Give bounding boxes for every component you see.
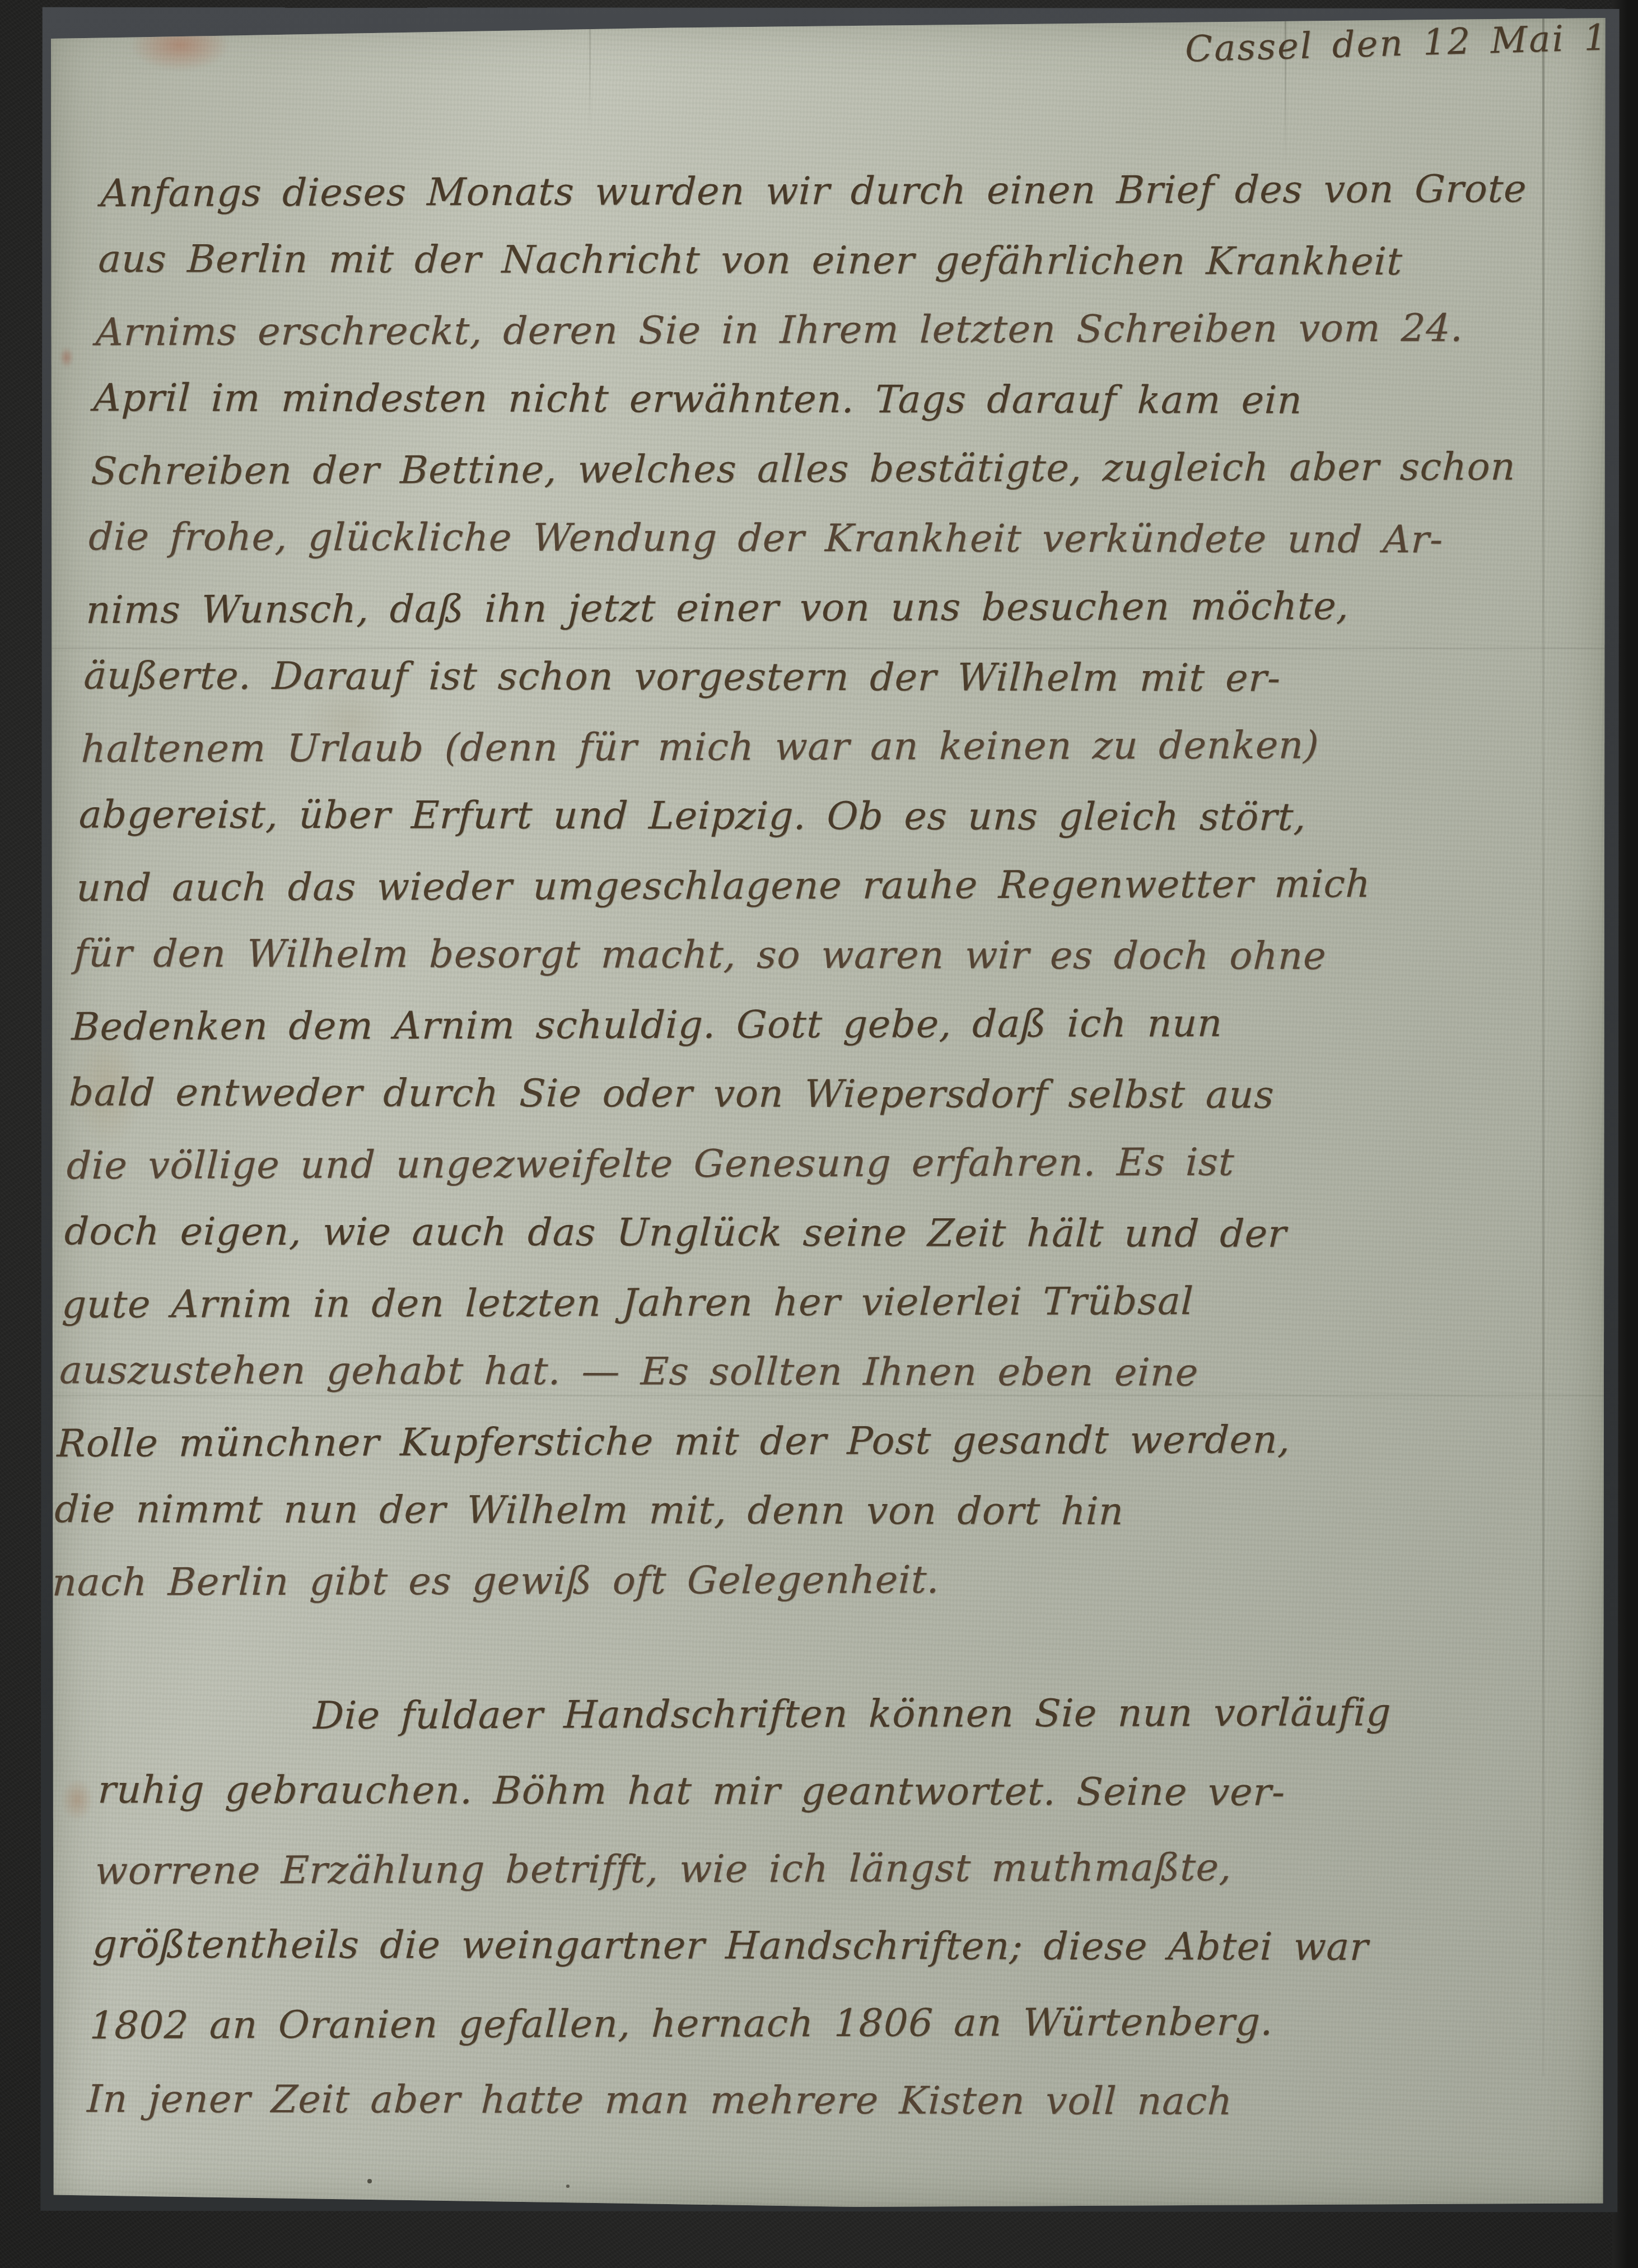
handwritten-line: die frohe, glückliche Wendung der Krankh… xyxy=(87,502,1574,575)
handwritten-line: bald entweder durch Sie oder von Wiepers… xyxy=(68,1058,1554,1131)
paragraph-1: Anfangs dieses Monats wurden wir durch e… xyxy=(51,157,1586,1615)
letter-body: Anfangs dieses Monats wurden wir durch e… xyxy=(102,157,1586,2140)
handwritten-line: Rolle münchner Kupferstiche mit der Post… xyxy=(56,1405,1542,1479)
stain-left-edge-1 xyxy=(57,343,76,371)
handwritten-line: größtentheils die weingartner Handschrif… xyxy=(91,1906,1578,1987)
handwritten-line: aus Berlin mit der Nachricht von einer g… xyxy=(97,225,1583,297)
handwritten-line: auszustehen gehabt hat. — Es sollten Ihn… xyxy=(58,1336,1544,1409)
paragraph-2: Die fuldaer Handschriften können Sie nun… xyxy=(86,1676,1586,2140)
fold-crease-top-left xyxy=(589,16,591,133)
ink-speck-2 xyxy=(566,2185,570,2188)
stain-left-edge-3 xyxy=(56,1772,99,1828)
handwritten-line: abgereist, über Erfurt und Leipzig. Ob e… xyxy=(78,780,1564,853)
ink-speck-1 xyxy=(367,2179,372,2183)
handwritten-line: Die fuldaer Handschriften können Sie nun… xyxy=(99,1674,1586,1755)
handwritten-line: In jener Zeit aber hatte man mehrere Kis… xyxy=(86,2061,1572,2141)
handwritten-line: äußerte. Darauf ist schon vorgestern der… xyxy=(82,641,1569,714)
handwritten-line: Schreiben der Bettine, welches alles bes… xyxy=(90,432,1576,506)
handwritten-line: haltenem Urlaub (denn für mich war an ke… xyxy=(80,710,1566,784)
handwritten-line: Anfangs dieses Monats wurden wir durch e… xyxy=(100,155,1586,229)
handwritten-line: April im mindesten nicht erwähnten. Tags… xyxy=(92,364,1579,436)
letter-scan: Cassel den 12 Mai 1816. Anfangs dieses M… xyxy=(0,0,1638,2268)
handwritten-line: nach Berlin gibt es gewiß oft Gelegenhei… xyxy=(51,1544,1537,1618)
handwritten-line: für den Wilhelm besorgt macht, so waren … xyxy=(73,919,1559,992)
handwritten-line: 1802 an Oranien gefallen, hernach 1806 a… xyxy=(88,1983,1575,2065)
date-line: Cassel den 12 Mai 1816. xyxy=(1184,17,1638,67)
handwritten-line: Bedenken dem Arnim schuldig. Gott gebe, … xyxy=(71,988,1557,1062)
handwritten-line: die völlige und ungezweifelte Genesung e… xyxy=(66,1127,1552,1201)
handwritten-line: nims Wunsch, daß ihn jetzt einer von uns… xyxy=(85,571,1571,645)
handwritten-line: die nimmt nun der Wilhelm mit, denn von … xyxy=(53,1475,1539,1548)
handwritten-line: und auch das wieder umgeschlagene rauhe … xyxy=(75,849,1561,923)
handwritten-line: Arnims erschreckt, deren Sie in Ihrem le… xyxy=(95,294,1581,367)
handwritten-line: worrene Erzählung betrifft, wie ich läng… xyxy=(94,1828,1581,1910)
paper-sheet: Cassel den 12 Mai 1816. Anfangs dieses M… xyxy=(48,16,1606,2208)
handwritten-line: ruhig gebrauchen. Böhm hat mir geantwort… xyxy=(96,1752,1583,1832)
handwritten-line: doch eigen, wie auch das Unglück seine Z… xyxy=(63,1197,1550,1270)
handwritten-line: gute Arnim in den letzten Jahren her vie… xyxy=(60,1266,1547,1340)
